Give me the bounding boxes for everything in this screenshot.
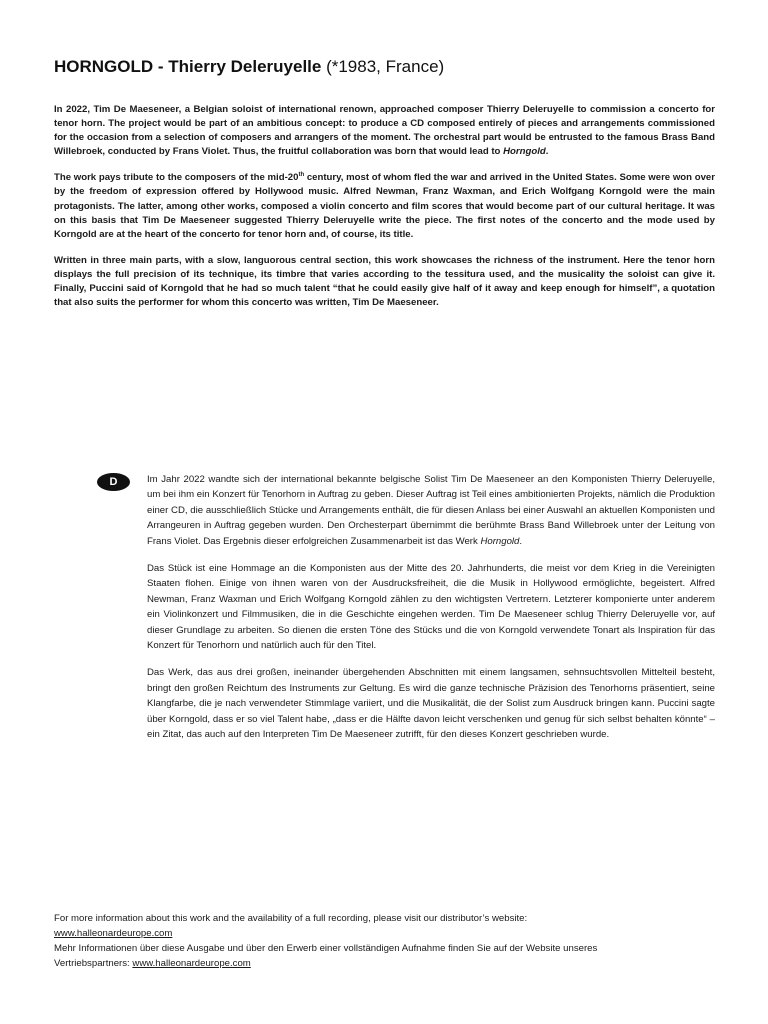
- footer-german-text: Mehr Informationen über diese Ausgabe un…: [54, 941, 734, 956]
- work-title-italic: Horngold: [503, 146, 546, 157]
- german-language-badge: D: [97, 473, 130, 491]
- german-paragraph-2: Das Stück ist eine Hommage an die Kompon…: [147, 561, 715, 653]
- distributor-link-en[interactable]: www.halleonardeurope.com: [54, 928, 172, 939]
- german-paragraph-3: Das Werk, das aus drei großen, ineinande…: [147, 665, 715, 742]
- title-composition-composer: HORNGOLD - Thierry Deleruyelle: [54, 57, 321, 76]
- english-paragraph-1: In 2022, Tim De Maeseneer, a Belgian sol…: [54, 103, 715, 159]
- work-title-italic: Horngold: [480, 536, 519, 547]
- german-description: Im Jahr 2022 wandte sich der internation…: [147, 472, 715, 755]
- title-composer-details: (*1983, France): [321, 57, 444, 76]
- footer-english-text: For more information about this work and…: [54, 911, 734, 926]
- distributor-link-de[interactable]: www.halleonardeurope.com: [132, 958, 250, 969]
- german-paragraph-1: Im Jahr 2022 wandte sich der internation…: [147, 472, 715, 549]
- english-description: In 2022, Tim De Maeseneer, a Belgian sol…: [54, 103, 715, 322]
- english-paragraph-2: The work pays tribute to the composers o…: [54, 171, 715, 241]
- footer-german-text-2: Vertriebspartners:: [54, 958, 132, 969]
- english-paragraph-3: Written in three main parts, with a slow…: [54, 254, 715, 310]
- page-title: HORNGOLD - Thierry Deleruyelle (*1983, F…: [54, 56, 444, 78]
- footer-info: For more information about this work and…: [54, 911, 734, 971]
